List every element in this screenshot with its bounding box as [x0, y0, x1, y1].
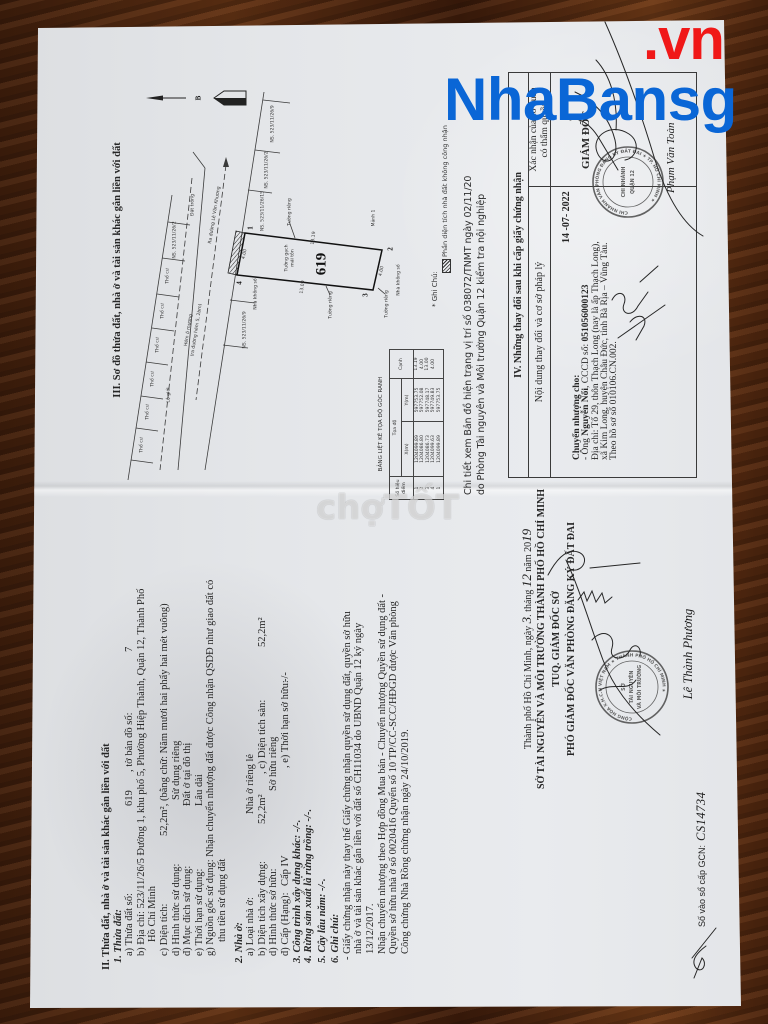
signature-icon: [548, 551, 660, 735]
map-label: Thổ cư: [144, 403, 151, 421]
map-label: Đất trống: [189, 194, 196, 216]
map-label: Tường riêng: [327, 291, 334, 320]
map-label: Thổ cư: [159, 302, 166, 320]
corner-point: 3: [362, 293, 370, 297]
corner-point: 2: [387, 247, 395, 251]
corner-point: 1: [247, 226, 255, 230]
chotot-watermark: chợTỐT: [316, 488, 459, 528]
map-label: NS. 523/11/26/15: [260, 191, 266, 231]
map-label: NS. 523/11/26/9: [270, 105, 276, 142]
stamp-center-text: CHI NHÁNH: [620, 167, 627, 198]
stamp-center-text: QUẬN 12: [629, 170, 636, 194]
stamp-center-text: VÀ MÔI TRƯỜNG: [636, 665, 643, 709]
map-label: Mảnh 1: [370, 209, 377, 226]
initials-icon: [612, 266, 716, 978]
map-label: Nhà không số: [252, 278, 259, 310]
north-label: B: [195, 95, 203, 100]
map-label: Tường riêng: [383, 290, 390, 319]
map-label: NS. 523/11/26/9: [242, 311, 248, 348]
map-label: mái tôn: [289, 249, 296, 267]
official-stamp-icon: CỘNG HÒA X.H.C.N VIỆT NAM ★ THÀNH PHỐ HỒ…: [596, 651, 668, 723]
map-label: Thổ cư: [164, 267, 171, 285]
parcel-number-label: 619: [313, 253, 329, 276]
map-label: Nhà không số: [395, 264, 402, 296]
map-label: NS. 523/11/26/2: [172, 221, 178, 258]
map-label: Tường gạch: [283, 244, 290, 272]
stamp-center-text: TÀI NGUYÊN: [627, 671, 635, 704]
brand-watermark: NhaBansg: [444, 70, 737, 130]
map-label: NS. 523/11/26/2: [264, 151, 270, 188]
brand-tld-watermark: .vn: [643, 11, 724, 69]
corner-point: 4: [236, 281, 244, 285]
map-label: Thổ cư: [149, 370, 156, 388]
map-label: Lộ giới: [165, 387, 172, 402]
parcel-outline: [237, 233, 382, 290]
edge-length: 13.19: [310, 231, 318, 245]
map-label: Thổ cư: [138, 436, 145, 454]
map-label: Tường riêng: [286, 198, 293, 227]
map-label: Thổ cư: [154, 336, 161, 354]
registry-stamp-icon: CHI NHÁNH VĂN PHÒNG ĐĂNG KÝ ĐẤT ĐAI ★ TP…: [593, 146, 664, 217]
